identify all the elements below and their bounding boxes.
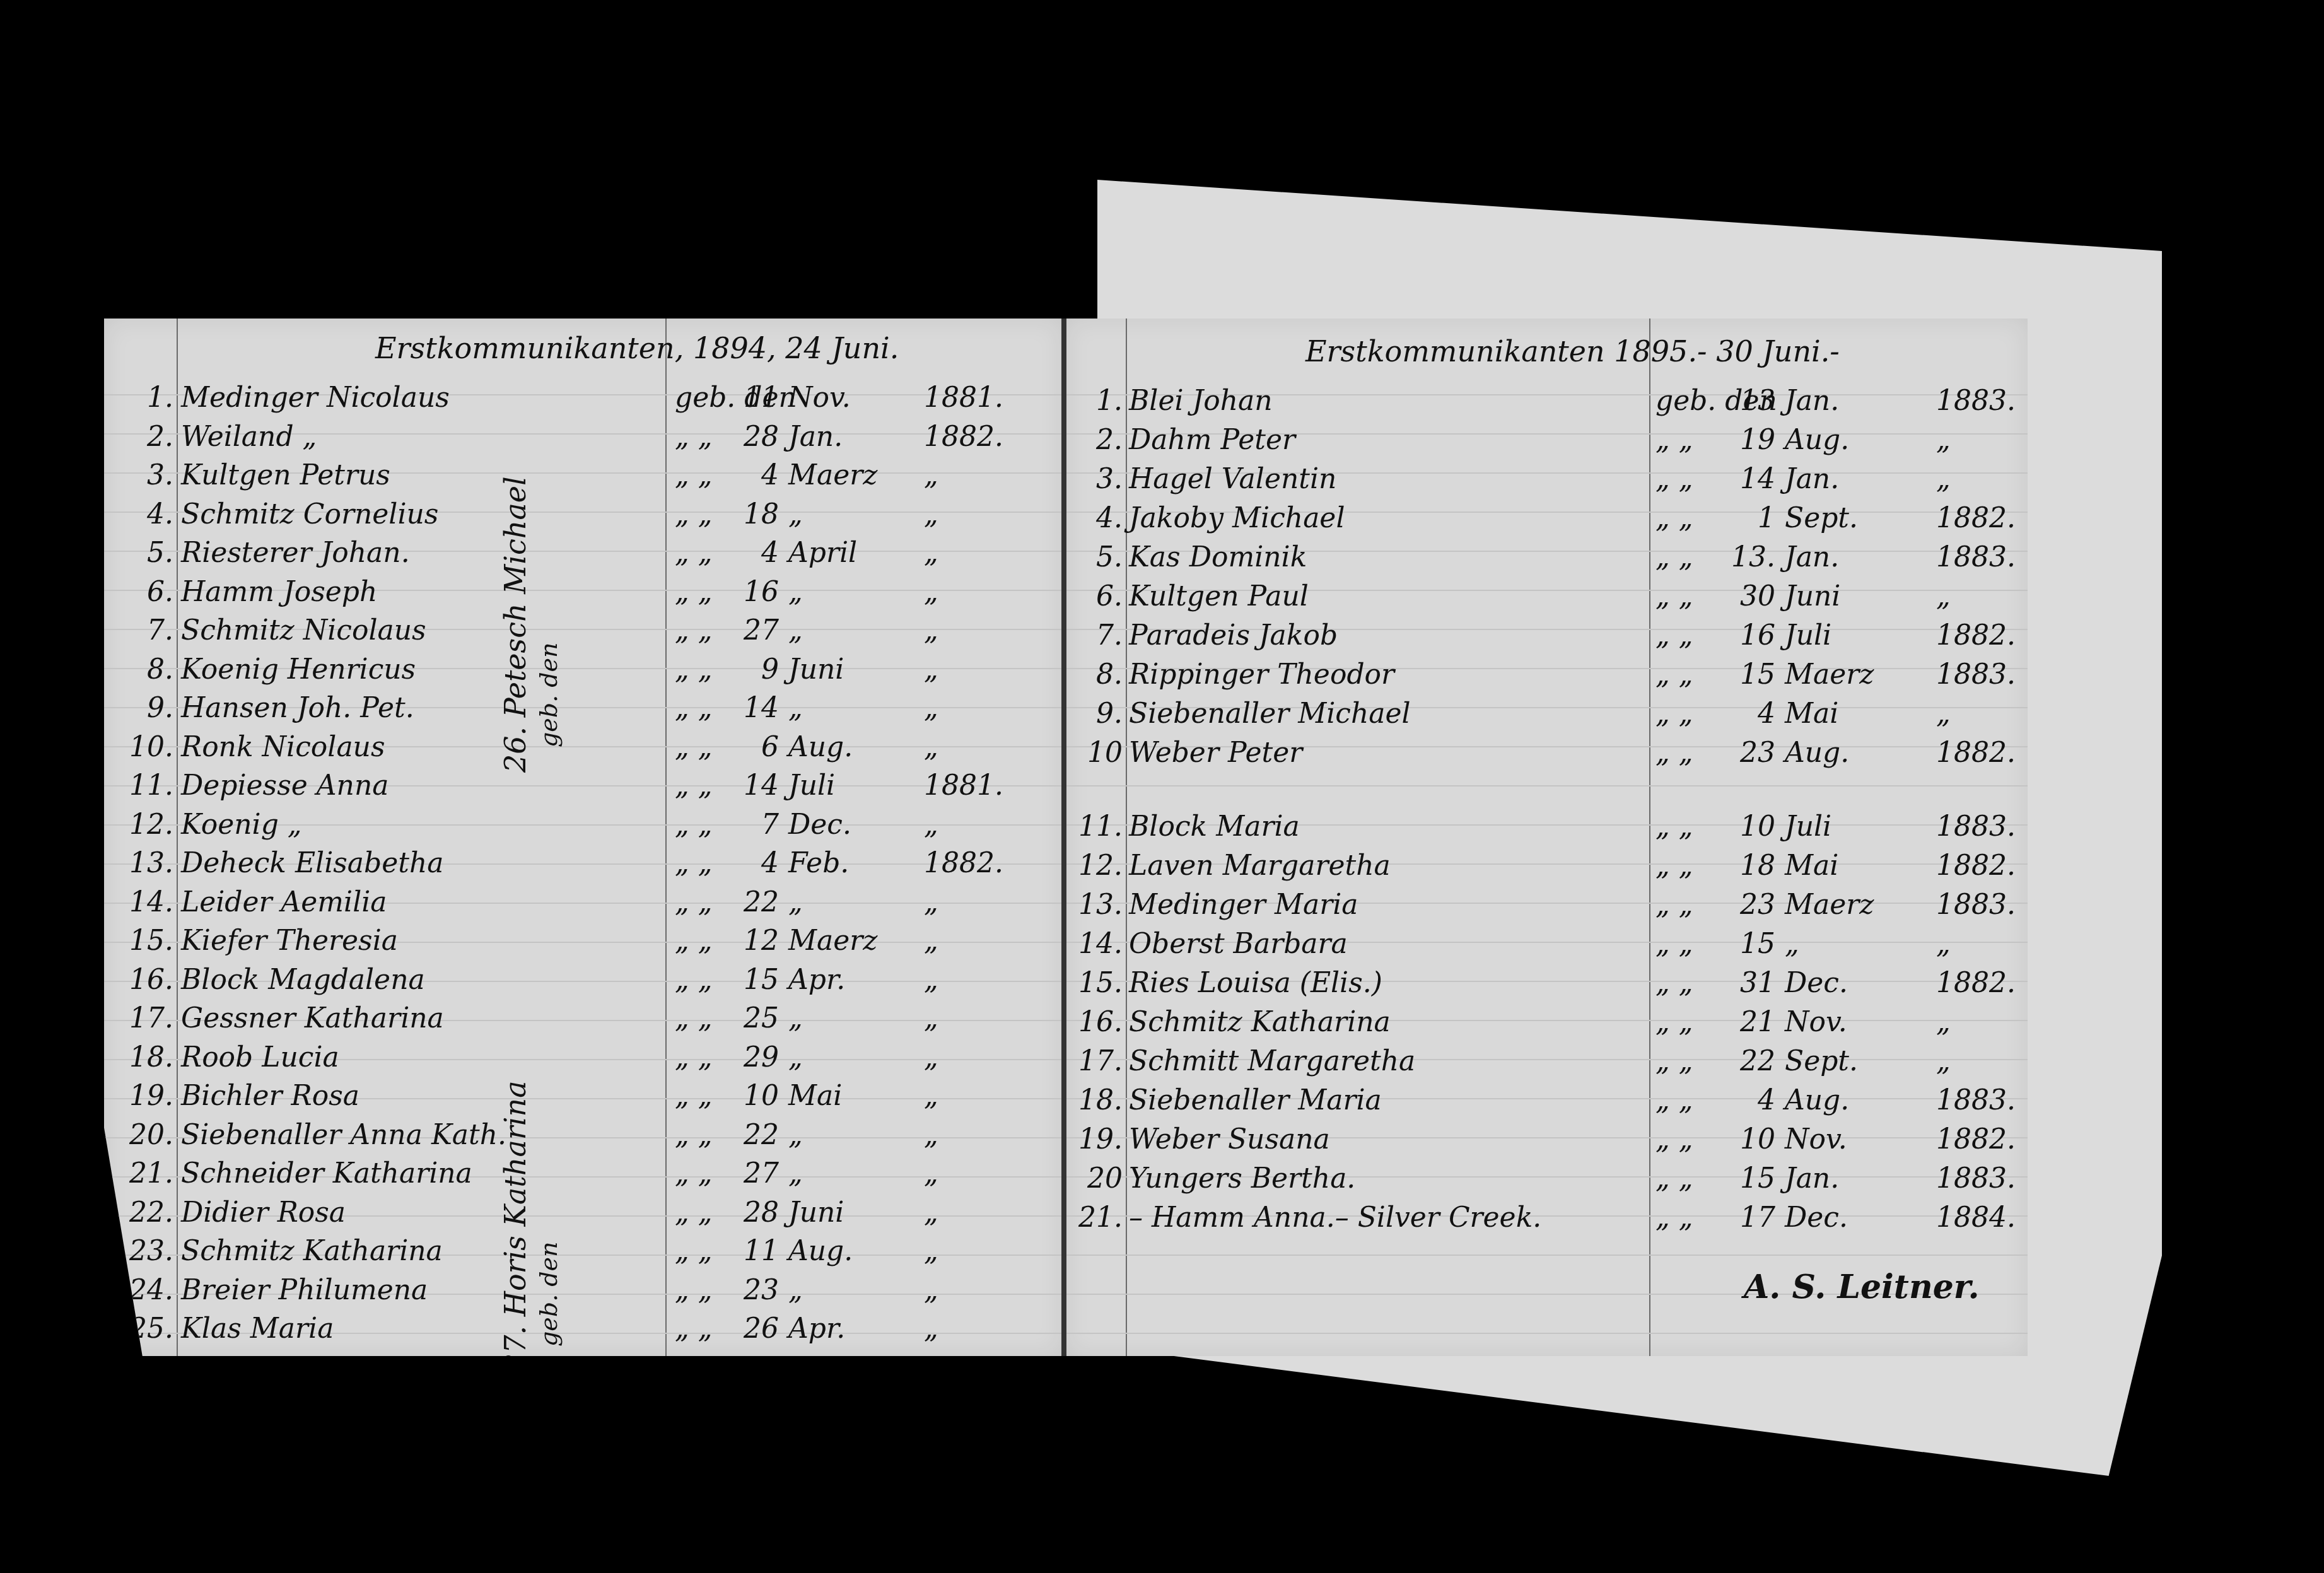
birth-year: „ <box>924 537 938 569</box>
born-label: „ „ <box>675 731 713 763</box>
born-label: „ „ <box>1655 850 1693 882</box>
birth-day: 23 <box>1731 737 1775 769</box>
birth-day: 15 <box>735 964 779 996</box>
birth-month: „ <box>788 1157 803 1190</box>
entry-number: 20 <box>1066 1162 1123 1195</box>
born-label: „ „ <box>1655 580 1693 612</box>
entry-name: Hamm Joseph <box>181 576 377 608</box>
ledger-row: 20.Siebenaller Anna Kath.„ „22„„ <box>104 1119 1063 1157</box>
birth-day: 4 <box>1731 1084 1775 1116</box>
ledger-row: 2.Dahm Peter„ „19Aug.„ <box>1066 424 2028 462</box>
ledger-row: 18.Roob Lucia„ „29„„ <box>104 1041 1063 1079</box>
birth-month: Nov. <box>1785 1123 1847 1155</box>
entry-number: 14. <box>117 886 173 918</box>
birth-month: Jan. <box>788 421 843 453</box>
entry-number: 16. <box>1066 1006 1123 1038</box>
entry-number: 3. <box>117 459 173 491</box>
entry-name: Depiesse Anna <box>181 769 388 802</box>
birth-month: Nov. <box>788 382 851 414</box>
birth-year: „ <box>924 459 938 491</box>
ledger-row: 12.Koenig „„ „7Dec.„ <box>104 809 1063 846</box>
entry-name: Schmitz Katharina <box>1129 1006 1391 1038</box>
ledger-row: 15.Kiefer Theresia„ „12Maerz„ <box>104 925 1063 962</box>
birth-month: „ <box>788 1041 803 1073</box>
birth-month: Apr. <box>788 964 845 996</box>
birth-year: „ <box>924 1313 938 1345</box>
entry-name: Rippinger Theodor <box>1129 658 1394 691</box>
born-label: „ „ <box>1655 698 1693 730</box>
entry-number: 8. <box>1066 658 1123 691</box>
ruled-line <box>1066 1333 2028 1334</box>
birth-month: „ <box>788 1274 803 1306</box>
ledger-row: 13.Deheck Elisabetha„ „4Feb.1882. <box>104 847 1063 885</box>
entry-number: 12. <box>117 809 173 841</box>
entry-name: Weiland „ <box>181 421 317 453</box>
birth-day: 9 <box>735 653 779 686</box>
ledger-row: 3.Kultgen Petrus„ „4Maerz„ <box>104 459 1063 497</box>
birth-month: Juni <box>788 1196 844 1229</box>
birth-day: 10 <box>735 1080 779 1112</box>
birth-month: Maerz <box>1785 889 1874 921</box>
birth-month: „ <box>788 1119 803 1151</box>
side-note-born-label: geb. den <box>535 1080 563 1372</box>
page-title-1894: Erstkommunikanten, 1894, 24 Juni. <box>375 331 899 365</box>
birth-day: 4 <box>735 537 779 569</box>
entry-number: 11. <box>1066 810 1123 843</box>
born-label: „ „ <box>675 421 713 453</box>
ledger-row: 19.Bichler Rosa„ „10Mai„ <box>104 1080 1063 1118</box>
entry-name: Weber Susana <box>1129 1123 1330 1155</box>
entry-number: 23. <box>117 1235 173 1267</box>
birth-day: 30 <box>1731 580 1775 612</box>
entry-name: Block Maria <box>1129 810 1300 843</box>
birth-year: „ <box>924 925 938 957</box>
birth-day: 29 <box>735 1041 779 1073</box>
born-label: „ „ <box>1655 463 1693 495</box>
born-label: „ „ <box>675 1274 713 1306</box>
born-label: „ „ <box>675 459 713 491</box>
entry-name: Siebenaller Michael <box>1129 698 1411 730</box>
entry-number: 7. <box>117 614 173 646</box>
birth-day: 26 <box>735 1313 779 1345</box>
entry-number: 7. <box>1066 619 1123 652</box>
entry-name: Schmitz Cornelius <box>181 498 438 530</box>
signature: A. S. Leitner. <box>1744 1268 1980 1306</box>
birth-month: Feb. <box>788 847 849 879</box>
entry-number: 20. <box>117 1119 173 1151</box>
entry-number: 12. <box>1066 850 1123 882</box>
birth-year: 1882. <box>924 847 1003 879</box>
birth-year: „ <box>1936 1006 1951 1038</box>
ledger-row: 4.Jakoby Michael„ „1Sept.1882. <box>1066 502 2028 540</box>
birth-day: 17 <box>1731 1202 1775 1234</box>
birth-month: Dec. <box>788 809 851 841</box>
birth-day: 4 <box>735 459 779 491</box>
entry-number: 2. <box>1066 424 1123 456</box>
ruled-line <box>1066 785 2028 786</box>
ledger-row: 10.Ronk Nicolaus„ „6Aug.„ <box>104 731 1063 769</box>
entry-name: Schmitz Katharina <box>181 1235 443 1267</box>
entry-number: 19. <box>1066 1123 1123 1155</box>
birth-year: „ <box>924 1041 938 1073</box>
entry-number: 10 <box>1066 737 1123 769</box>
entry-name: Jakoby Michael <box>1129 502 1345 534</box>
birth-month: Jan. <box>1785 385 1839 417</box>
birth-day: 23 <box>735 1274 779 1306</box>
birth-year: 1883. <box>1936 658 2016 691</box>
birth-year: 1882. <box>1936 737 2016 769</box>
entry-number: 5. <box>117 537 173 569</box>
born-label: „ „ <box>675 1157 713 1190</box>
entry-name: Riesterer Johan. <box>181 537 410 569</box>
entry-name: Siebenaller Anna Kath. <box>181 1119 506 1151</box>
birth-year: „ <box>1936 1045 1951 1077</box>
birth-month: Nov. <box>1785 1006 1847 1038</box>
birth-day: 15 <box>1731 928 1775 960</box>
birth-month: Mai <box>1785 850 1838 882</box>
ledger-row: 11.Depiesse Anna„ „14Juli1881. <box>104 769 1063 807</box>
birth-day: 14 <box>1731 463 1775 495</box>
entry-number: 18. <box>117 1041 173 1073</box>
entry-number: 9. <box>117 692 173 724</box>
birth-year: 1882. <box>1936 619 2016 652</box>
birth-year: „ <box>1936 580 1951 612</box>
entry-name: Dahm Peter <box>1129 424 1295 456</box>
ledger-row: 15.Ries Louisa (Elis.)„ „31Dec.1882. <box>1066 967 2028 1005</box>
born-label: „ „ <box>675 1313 713 1345</box>
birth-day: 25 <box>735 1002 779 1034</box>
birth-year: „ <box>1936 928 1951 960</box>
entry-number: 19. <box>117 1080 173 1112</box>
page-title-1895: Erstkommunikanten 1895.- 30 Juni.- <box>1305 334 1840 368</box>
birth-year: „ <box>924 964 938 996</box>
birth-day: 21 <box>1731 1006 1775 1038</box>
ledger-row: 4.Schmitz Cornelius„ „18„„ <box>104 498 1063 536</box>
birth-day: 10 <box>1731 1123 1775 1155</box>
birth-year: 1881. <box>924 382 1003 414</box>
birth-year: „ <box>924 1196 938 1229</box>
birth-year: 1883. <box>1936 1084 2016 1116</box>
birth-day: 11 <box>735 382 779 414</box>
entry-number: 11. <box>117 769 173 802</box>
ledger-row: 5.Kas Dominik„ „13.Jan.1883. <box>1066 541 2028 579</box>
birth-month: „ <box>788 692 803 724</box>
born-label: „ „ <box>675 1119 713 1151</box>
birth-year: „ <box>924 1080 938 1112</box>
birth-month: Apr. <box>788 1313 845 1345</box>
birth-month: Juli <box>1785 619 1831 652</box>
birth-day: 27 <box>735 614 779 646</box>
birth-year: 1883. <box>1936 889 2016 921</box>
birth-month: Sept. <box>1785 1045 1858 1077</box>
ledger-row: 9.Hansen Joh. Pet.„ „14„„ <box>104 692 1063 730</box>
birth-year: „ <box>924 1274 938 1306</box>
entry-number: 4. <box>117 498 173 530</box>
born-label: „ „ <box>1655 1084 1693 1116</box>
birth-day: 28 <box>735 421 779 453</box>
entry-name: Klas Maria <box>181 1313 334 1345</box>
ledger-row: 9.Siebenaller Michael„ „4Mai„ <box>1066 698 2028 735</box>
entry-number: 15. <box>117 925 173 957</box>
birth-day: 18 <box>1731 850 1775 882</box>
birth-day: 15 <box>1731 1162 1775 1195</box>
entry-number: 21. <box>117 1157 173 1190</box>
entry-number: 1. <box>1066 385 1123 417</box>
birth-year: „ <box>924 692 938 724</box>
birth-year: „ <box>924 1002 938 1034</box>
birth-month: „ <box>788 576 803 608</box>
birth-year: „ <box>924 1119 938 1151</box>
ledger-row: 17.Schmitt Margaretha„ „22Sept.„ <box>1066 1045 2028 1083</box>
ledger-row: 19.Weber Susana„ „10Nov.1882. <box>1066 1123 2028 1161</box>
born-label: „ „ <box>675 1041 713 1073</box>
entry-name: Block Magdalena <box>181 964 425 996</box>
side-note-name: 27. Horis Katharina <box>498 1080 532 1372</box>
birth-year: „ <box>1936 698 1951 730</box>
born-label: „ „ <box>1655 424 1693 456</box>
birth-day: 14 <box>735 769 779 802</box>
born-label: „ „ <box>1655 1123 1693 1155</box>
ledger-row: 12.Laven Margaretha„ „18Mai1882. <box>1066 850 2028 887</box>
birth-month: Aug. <box>1785 424 1849 456</box>
birth-month: Aug. <box>1785 737 1849 769</box>
birth-year: 1883. <box>1936 1162 2016 1195</box>
entry-name: Koenig Henricus <box>181 653 416 686</box>
ledger-row: 21.Schneider Katharina„ „27„„ <box>104 1157 1063 1195</box>
entry-name: Laven Margaretha <box>1129 850 1391 882</box>
entry-number: 13. <box>117 847 173 879</box>
birth-month: Juli <box>1785 810 1831 843</box>
birth-day: 22 <box>1731 1045 1775 1077</box>
birth-month: Mai <box>1785 698 1838 730</box>
birth-day: 7 <box>735 809 779 841</box>
ledger-row: 1.Blei Johangeb. den13Jan.1883. <box>1066 385 2028 423</box>
born-label: „ „ <box>675 925 713 957</box>
ledger-row: 25.Klas Maria„ „26Apr.„ <box>104 1313 1063 1350</box>
born-label: „ „ <box>1655 502 1693 534</box>
ledger-row: 7.Paradeis Jakob„ „16Juli1882. <box>1066 619 2028 657</box>
ledger-row: 6.Hamm Joseph„ „16„„ <box>104 576 1063 614</box>
ledger-row: 20Yungers Bertha.„ „15Jan.1883. <box>1066 1162 2028 1200</box>
entry-name: Oberst Barbara <box>1129 928 1348 960</box>
book-spine <box>1061 319 1066 1356</box>
side-note-entry-27: 27. Horis Katharinageb. den <box>498 1080 563 1372</box>
entry-number: 6. <box>117 576 173 608</box>
birth-day: 15 <box>1731 658 1775 691</box>
entry-name: Kultgen Paul <box>1129 580 1309 612</box>
born-label: „ „ <box>675 847 713 879</box>
side-note-entry-26: 26. Petesch Michaelgeb. den <box>498 476 563 773</box>
birth-month: Aug. <box>788 1235 853 1267</box>
birth-month: Juni <box>788 653 844 686</box>
entry-number: 25. <box>117 1313 173 1345</box>
birth-year: 1881. <box>924 769 1003 802</box>
birth-year: „ <box>924 498 938 530</box>
birth-month: Jan. <box>1785 1162 1839 1195</box>
born-label: „ „ <box>675 1235 713 1267</box>
born-label: „ „ <box>1655 619 1693 652</box>
left-page: Erstkommunikanten, 1894, 24 Juni. 1.Medi… <box>104 319 1063 1356</box>
birth-year: 1883. <box>1936 810 2016 843</box>
entry-number: 5. <box>1066 541 1123 573</box>
entry-number: 18. <box>1066 1084 1123 1116</box>
entry-name: Blei Johan <box>1129 385 1273 417</box>
birth-year: „ <box>924 1235 938 1267</box>
entry-name: Siebenaller Maria <box>1129 1084 1382 1116</box>
entry-number: 21. <box>1066 1202 1123 1234</box>
ledger-row: 23.Schmitz Katharina„ „11Aug.„ <box>104 1235 1063 1273</box>
born-label: „ „ <box>675 1002 713 1034</box>
entry-name: Weber Peter <box>1129 737 1302 769</box>
birth-year: 1882. <box>1936 1123 2016 1155</box>
entry-name: Ries Louisa (Elis.) <box>1129 967 1382 999</box>
birth-month: Juli <box>788 769 835 802</box>
birth-month: Maerz <box>788 459 878 491</box>
entry-number: 4. <box>1066 502 1123 534</box>
birth-month: Dec. <box>1785 967 1848 999</box>
birth-month: „ <box>788 886 803 918</box>
birth-day: 22 <box>735 886 779 918</box>
birth-day: 4 <box>1731 698 1775 730</box>
entry-number: 17. <box>117 1002 173 1034</box>
born-label: „ „ <box>675 964 713 996</box>
birth-month: „ <box>1785 928 1799 960</box>
entry-name: Schmitz Nicolaus <box>181 614 426 646</box>
birth-day: 27 <box>735 1157 779 1190</box>
born-label: „ „ <box>675 653 713 686</box>
birth-month: Maerz <box>788 925 878 957</box>
birth-day: 28 <box>735 1196 779 1229</box>
birth-month: „ <box>788 1002 803 1034</box>
born-label: „ „ <box>1655 889 1693 921</box>
birth-day: 4 <box>735 847 779 879</box>
birth-day: 18 <box>735 498 779 530</box>
born-label: „ „ <box>1655 810 1693 843</box>
side-note-name: 26. Petesch Michael <box>498 476 532 773</box>
ledger-row: 16.Block Magdalena„ „15Apr.„ <box>104 964 1063 1002</box>
entry-name: Gessner Katharina <box>181 1002 444 1034</box>
birth-year: „ <box>924 653 938 686</box>
birth-day: 22 <box>735 1119 779 1151</box>
birth-day: 11 <box>735 1235 779 1267</box>
entry-name: Paradeis Jakob <box>1129 619 1338 652</box>
ledger-row: 5.Riesterer Johan.„ „4April„ <box>104 537 1063 575</box>
entry-number: 8. <box>117 653 173 686</box>
birth-day: 10 <box>1731 810 1775 843</box>
born-label: „ „ <box>1655 737 1693 769</box>
born-label: „ „ <box>1655 541 1693 573</box>
birth-day: 12 <box>735 925 779 957</box>
ledger-row: 14.Oberst Barbara„ „15„„ <box>1066 928 2028 966</box>
entry-name: Hansen Joh. Pet. <box>181 692 414 724</box>
entry-name: Koenig „ <box>181 809 302 841</box>
birth-day: 19 <box>1731 424 1775 456</box>
birth-month: Jan. <box>1785 463 1839 495</box>
birth-month: „ <box>788 498 803 530</box>
birth-year: „ <box>1936 424 1951 456</box>
entry-number: 16. <box>117 964 173 996</box>
born-label: „ „ <box>675 769 713 802</box>
born-label: „ „ <box>1655 1162 1693 1195</box>
entry-name: Deheck Elisabetha <box>181 847 444 879</box>
entry-name: Roob Lucia <box>181 1041 339 1073</box>
ledger-row: 13.Medinger Maria„ „23Maerz1883. <box>1066 889 2028 927</box>
born-label: „ „ <box>1655 928 1693 960</box>
birth-month: Dec. <box>1785 1202 1848 1234</box>
birth-day: 13 <box>1731 385 1775 417</box>
entry-number: 17. <box>1066 1045 1123 1077</box>
birth-day: 13. <box>1731 541 1775 573</box>
entry-number: 2. <box>117 421 173 453</box>
ledger-row: 11.Block Maria„ „10Juli1883. <box>1066 810 2028 848</box>
entry-name: Medinger Nicolaus <box>181 382 450 414</box>
born-label: „ „ <box>675 809 713 841</box>
birth-day: 6 <box>735 731 779 763</box>
entry-number: 24. <box>117 1274 173 1306</box>
born-label: „ „ <box>675 692 713 724</box>
born-label: „ „ <box>675 498 713 530</box>
entry-name: Kas Dominik <box>1129 541 1307 573</box>
entry-name: Leider Aemilia <box>181 886 387 918</box>
birth-day: 31 <box>1731 967 1775 999</box>
side-note-born-label: geb. den <box>535 476 563 773</box>
birth-day: 23 <box>1731 889 1775 921</box>
entry-number: 6. <box>1066 580 1123 612</box>
born-label: „ „ <box>675 886 713 918</box>
birth-year: „ <box>924 614 938 646</box>
birth-year: 1882. <box>924 421 1003 453</box>
ledger-row: 7.Schmitz Nicolaus„ „27„„ <box>104 614 1063 652</box>
birth-year: „ <box>924 1157 938 1190</box>
ledger-row: 22.Didier Rosa„ „28Juni„ <box>104 1196 1063 1234</box>
entry-name: Hagel Valentin <box>1129 463 1336 495</box>
entry-name: Schmitt Margaretha <box>1129 1045 1415 1077</box>
entry-number: 22. <box>117 1196 173 1229</box>
entry-number: 1. <box>117 382 173 414</box>
ledger-row: 8.Koenig Henricus„ „9Juni„ <box>104 653 1063 691</box>
birth-year: „ <box>924 809 938 841</box>
entry-number: 13. <box>1066 889 1123 921</box>
ledger-row: 1.Medinger Nicolausgeb. den11Nov.1881. <box>104 382 1063 419</box>
born-label: „ „ <box>1655 658 1693 691</box>
ledger-row: 14.Leider Aemilia„ „22„„ <box>104 886 1063 924</box>
birth-year: 1883. <box>1936 385 2016 417</box>
birth-year: 1883. <box>1936 541 2016 573</box>
birth-month: Mai <box>788 1080 842 1112</box>
birth-year: 1882. <box>1936 967 2016 999</box>
born-label: „ „ <box>1655 1045 1693 1077</box>
born-label: „ „ <box>1655 1006 1693 1038</box>
entry-number: 10. <box>117 731 173 763</box>
birth-day: 1 <box>1731 502 1775 534</box>
ledger-row: 16.Schmitz Katharina„ „21Nov.„ <box>1066 1006 2028 1044</box>
birth-month: April <box>788 537 857 569</box>
birth-month: Juni <box>1785 580 1840 612</box>
entry-number: 14. <box>1066 928 1123 960</box>
entry-name: Kiefer Theresia <box>181 925 398 957</box>
born-label: „ „ <box>675 537 713 569</box>
birth-day: 14 <box>735 692 779 724</box>
entry-name: Bichler Rosa <box>181 1080 359 1112</box>
birth-day: 16 <box>1731 619 1775 652</box>
signature: A. S. Leitner. <box>782 1362 1018 1401</box>
birth-month: Aug. <box>1785 1084 1849 1116</box>
ledger-row: 18.Siebenaller Maria„ „4Aug.1883. <box>1066 1084 2028 1122</box>
birth-year: „ <box>924 576 938 608</box>
entry-name: Schneider Katharina <box>181 1157 472 1190</box>
ruled-line <box>1066 1254 2028 1256</box>
ledger-row: 2.Weiland „„ „28Jan.1882. <box>104 421 1063 459</box>
